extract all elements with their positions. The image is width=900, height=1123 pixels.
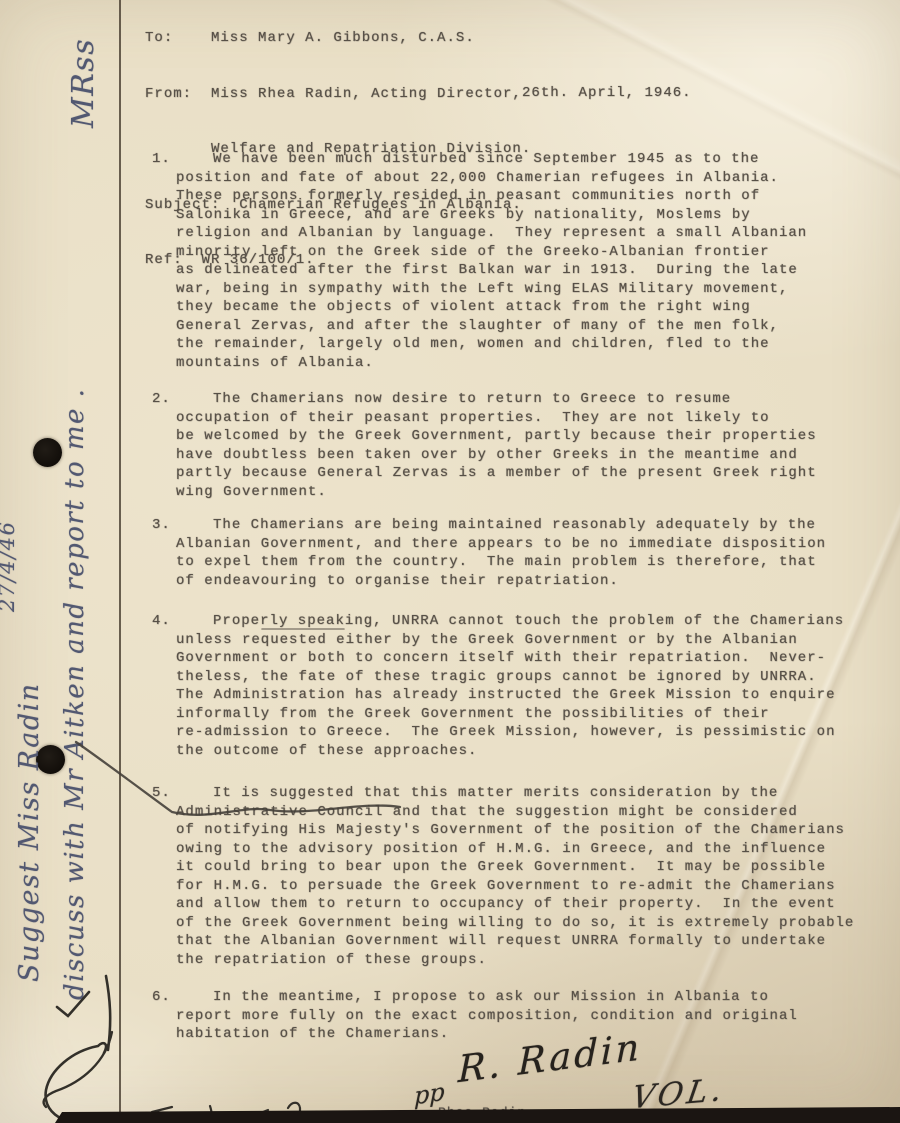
paragraph-text-6: In the meantime, I propose to ask our Mi… bbox=[176, 988, 888, 1044]
margin-note-line-inner: discuss with Mr Aitken and report to me … bbox=[60, 130, 90, 1000]
vertical-tick-annotation bbox=[106, 976, 110, 1050]
paragraph-text-1: We have been much disturbed since Septem… bbox=[176, 150, 888, 372]
header-from-line: From: Miss Rhea Radin, Acting Director, bbox=[145, 85, 531, 104]
margin-note-line-outer: Suggest Miss Radin bbox=[14, 582, 45, 982]
memo-date: 26th. April, 1946. bbox=[522, 84, 692, 103]
paragraph-text-3: The Chamerians are being maintained reas… bbox=[176, 516, 888, 590]
paragraph-text-2: The Chamerians now desire to return to G… bbox=[176, 390, 888, 501]
margin-rule-line bbox=[119, 0, 121, 1123]
punch-hole-top bbox=[33, 438, 62, 467]
margin-note-date: 27/4/46 bbox=[0, 477, 19, 612]
swoosh-annotation bbox=[44, 1032, 112, 1107]
large-paren-annotation bbox=[46, 1043, 106, 1122]
paragraph-text-4: Properly speaking, UNRRA cannot touch th… bbox=[176, 612, 888, 760]
margin-note-initials: MRss bbox=[66, 8, 101, 128]
paragraph-text-5: It is suggested that this matter merits … bbox=[176, 784, 888, 969]
scanned-memo-page: To: Miss Mary A. Gibbons, C.A.S. From: M… bbox=[0, 0, 900, 1123]
header-to-line: To: Miss Mary A. Gibbons, C.A.S. bbox=[145, 29, 531, 48]
